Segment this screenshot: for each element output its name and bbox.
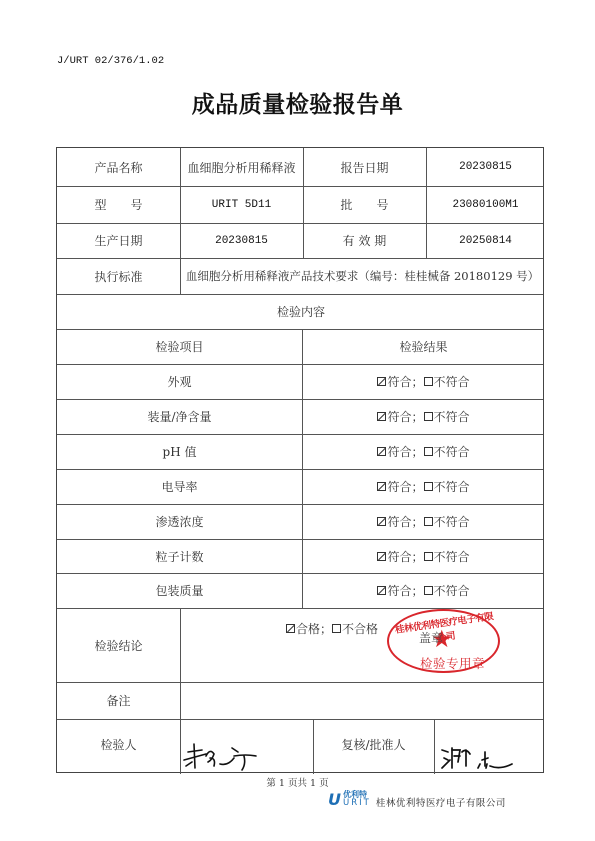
column-header-item: 检验项目	[57, 329, 302, 364]
inspector-label: 检验人	[57, 719, 180, 774]
inspection-result: 符合；不符合	[302, 504, 545, 539]
remarks-value	[180, 682, 545, 719]
document-code: J/URT 02/376/1.02	[57, 55, 164, 67]
reviewer-label: 复核/批准人	[313, 719, 434, 774]
official-seal: 桂林优利特医疗电子有限公司 ★ 检验专用章	[387, 609, 500, 673]
fail-checkbox[interactable]	[424, 447, 433, 456]
pass-label: 符合；	[387, 408, 423, 425]
inspection-item: 外观	[57, 364, 302, 399]
urit-logo-icon: U	[328, 790, 341, 809]
inspection-item: 装量/净含量	[57, 399, 302, 434]
inspection-section-title: 检验内容	[57, 294, 545, 329]
fail-label: 不符合	[434, 443, 470, 460]
inspection-result: 符合；不符合	[302, 364, 545, 399]
standard-label: 执行标准	[57, 258, 180, 294]
seal-center-text: 检验专用章	[420, 654, 485, 672]
inspection-item: pH 值	[57, 434, 302, 469]
report-date-label: 报告日期	[303, 148, 426, 186]
fail-checkbox[interactable]	[424, 586, 433, 595]
conclusion-result: 合格；不合格	[286, 618, 396, 638]
pass-checkbox-checked[interactable]	[377, 482, 386, 491]
logo-en-text: URIT	[343, 799, 371, 808]
remarks-label: 备注	[57, 682, 180, 719]
unqualified-label: 不合格	[342, 620, 378, 637]
inspection-item: 包装质量	[57, 573, 302, 608]
fail-label: 不符合	[434, 548, 470, 565]
report-date-value: 20230815	[426, 148, 545, 186]
stamp-label: 盖章	[419, 629, 443, 646]
fail-label: 不符合	[434, 513, 470, 530]
inspection-result: 符合；不符合	[302, 434, 545, 469]
pass-label: 符合；	[387, 513, 423, 530]
pass-checkbox-checked[interactable]	[377, 517, 386, 526]
inspection-result: 符合；不符合	[302, 573, 545, 608]
product-name-label: 产品名称	[57, 148, 180, 186]
batch-value: 23080100M1	[426, 186, 545, 223]
inspector-signature	[180, 738, 260, 773]
fail-checkbox[interactable]	[424, 377, 433, 386]
pass-label: 符合；	[387, 582, 423, 599]
model-label: 型 号	[57, 186, 180, 223]
inspection-report-table: 产品名称 血细胞分析用稀释液 报告日期 20230815 型 号 URIT 5D…	[56, 147, 544, 773]
fail-checkbox[interactable]	[424, 482, 433, 491]
company-footer: U 优利特 URIT 桂林优利特医疗电子有限公司	[328, 789, 506, 809]
qualified-label: 合格；	[296, 620, 332, 637]
pass-checkbox-checked[interactable]	[377, 552, 386, 561]
company-logo: 优利特 URIT	[343, 790, 371, 808]
fail-label: 不符合	[434, 373, 470, 390]
page-title: 成品质量检验报告单	[0, 86, 595, 119]
expiry-label: 有 效 期	[303, 223, 426, 258]
pass-label: 符合；	[387, 548, 423, 565]
fail-checkbox[interactable]	[424, 412, 433, 421]
fail-label: 不符合	[434, 582, 470, 599]
expiry-value: 20250814	[426, 223, 545, 258]
inspection-result: 符合；不符合	[302, 539, 545, 573]
inspection-item: 粒子计数	[57, 539, 302, 573]
unqualified-checkbox[interactable]	[332, 624, 341, 633]
fail-label: 不符合	[434, 408, 470, 425]
pass-label: 符合；	[387, 478, 423, 495]
fail-checkbox[interactable]	[424, 552, 433, 561]
fail-label: 不符合	[434, 478, 470, 495]
column-header-result: 检验结果	[302, 329, 545, 364]
page-number: 第 1 页共 1 页	[0, 775, 595, 789]
production-date-label: 生产日期	[57, 223, 180, 258]
standard-value: 血细胞分析用稀释液产品技术要求（编号：桂桂械备 20180129 号）	[180, 258, 545, 294]
conclusion-label: 检验结论	[57, 608, 180, 682]
inspection-result: 符合；不符合	[302, 399, 545, 434]
pass-label: 符合；	[387, 443, 423, 460]
inspection-item: 渗透浓度	[57, 504, 302, 539]
pass-checkbox-checked[interactable]	[377, 412, 386, 421]
qualified-checkbox-checked[interactable]	[286, 624, 295, 633]
inspection-result: 符合；不符合	[302, 469, 545, 504]
pass-label: 符合；	[387, 373, 423, 390]
production-date-value: 20230815	[180, 223, 303, 258]
pass-checkbox-checked[interactable]	[377, 586, 386, 595]
pass-checkbox-checked[interactable]	[377, 447, 386, 456]
fail-checkbox[interactable]	[424, 517, 433, 526]
batch-label: 批 号	[303, 186, 426, 223]
product-name-value: 血细胞分析用稀释液	[180, 148, 303, 186]
reviewer-signature	[440, 742, 520, 772]
company-name: 桂林优利特医疗电子有限公司	[376, 795, 506, 809]
model-value: URIT 5D11	[180, 186, 303, 223]
pass-checkbox-checked[interactable]	[377, 377, 386, 386]
inspection-item: 电导率	[57, 469, 302, 504]
